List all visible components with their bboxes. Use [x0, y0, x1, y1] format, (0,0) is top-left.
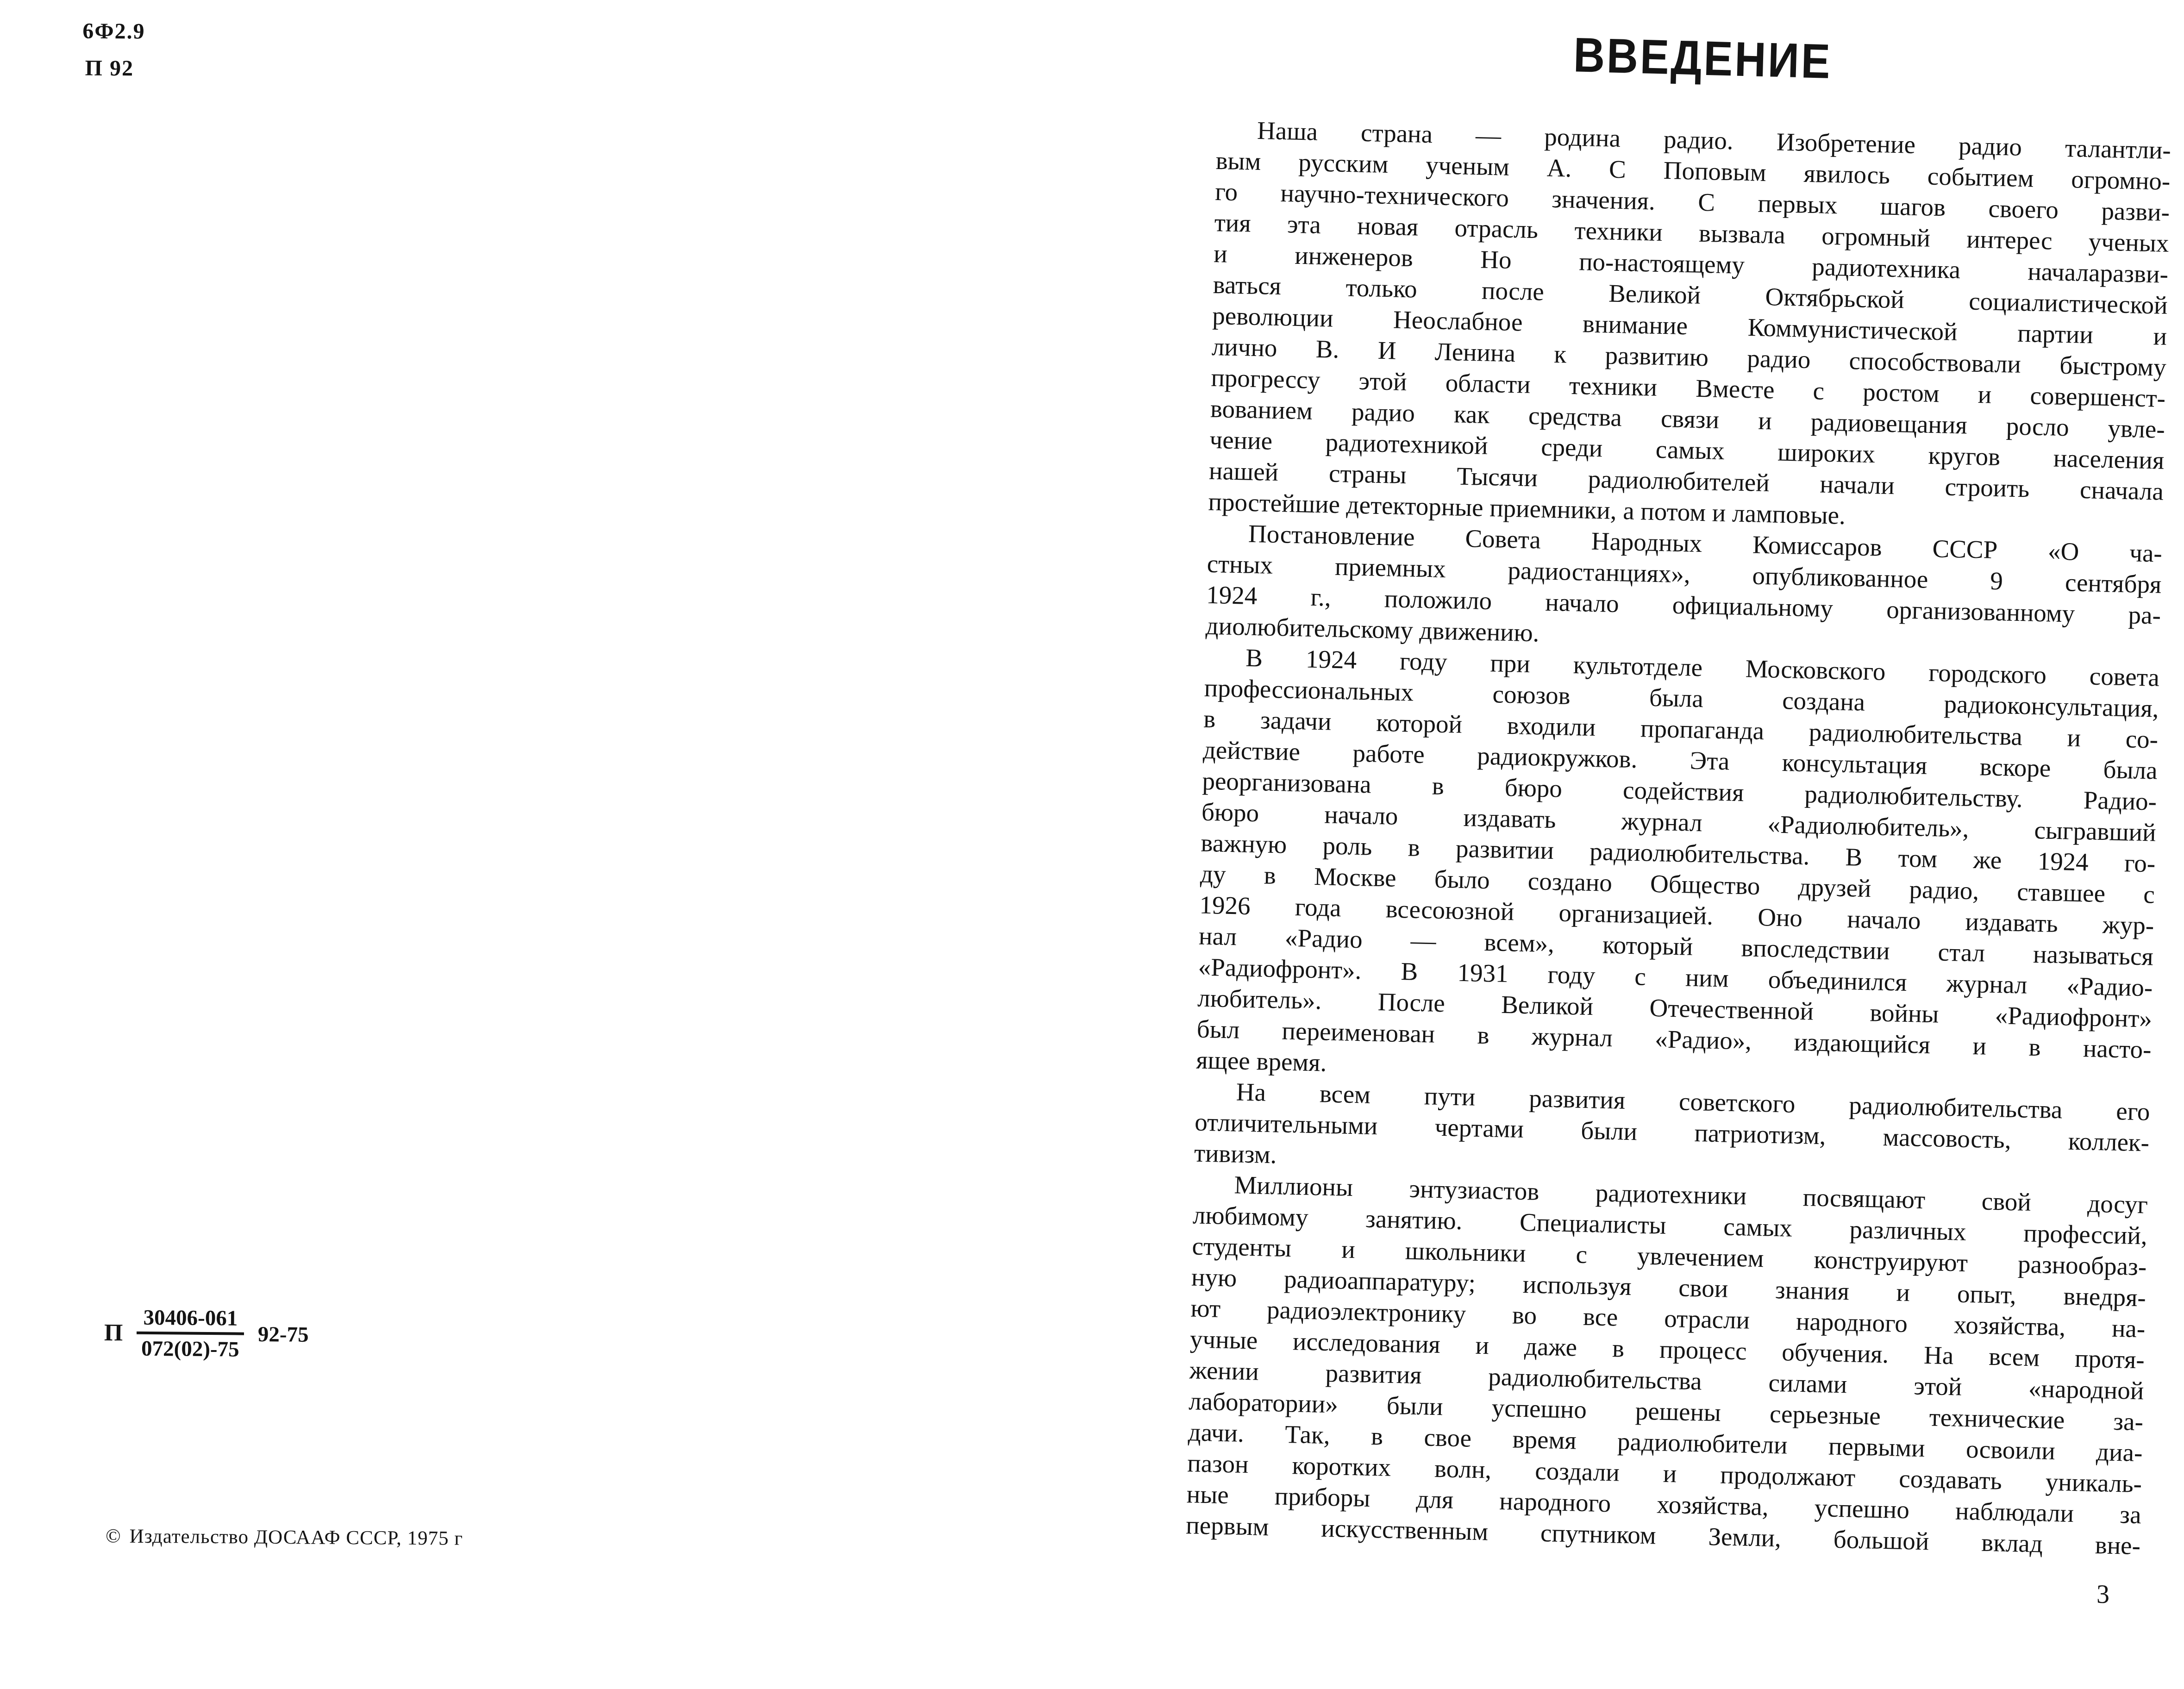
paragraph: Миллионы энтузиастов радиотехники посвящ…	[1186, 1168, 2148, 1561]
library-classification-code: 6Ф2.9 П 92	[82, 13, 145, 88]
classification-code-line: П 92	[82, 50, 145, 88]
catalog-suffix: 92-75	[258, 1322, 309, 1347]
copyright-line: ©Издательство ДОСААФ СССР, 1975 г	[106, 1525, 463, 1550]
catalog-prefix: П	[104, 1319, 123, 1346]
catalog-fraction: 30406-061 072(02)-75	[137, 1306, 244, 1362]
paragraph: В 1924 году при культотделе Московского …	[1196, 641, 2160, 1096]
body-text-column: Наша страна — родина радио. Изобретение …	[1186, 114, 2171, 1561]
copyright-text: Издательство ДОСААФ СССР, 1975 г	[130, 1526, 463, 1550]
body-paragraphs: Наша страна — родина радио. Изобретение …	[1186, 114, 2171, 1561]
paragraph: Наша страна — родина радио. Изобретение …	[1208, 114, 2171, 538]
classification-code-line: 6Ф2.9	[82, 13, 145, 50]
page-number: 3	[2096, 1580, 2109, 1609]
scanned-book-page: 6Ф2.9 П 92 ВВЕДЕНИЕ Наша страна — родина…	[0, 0, 2184, 1689]
paragraph: Постановление Совета Народных Комиссаров…	[1205, 517, 2162, 662]
chapter-title: ВВЕДЕНИЕ	[1573, 27, 1833, 90]
catalog-number-block: П 30406-061 072(02)-75 92-75	[104, 1306, 309, 1362]
catalog-numerator: 30406-061	[137, 1306, 244, 1332]
copyright-icon: ©	[106, 1525, 121, 1547]
catalog-denominator: 072(02)-75	[137, 1331, 244, 1361]
